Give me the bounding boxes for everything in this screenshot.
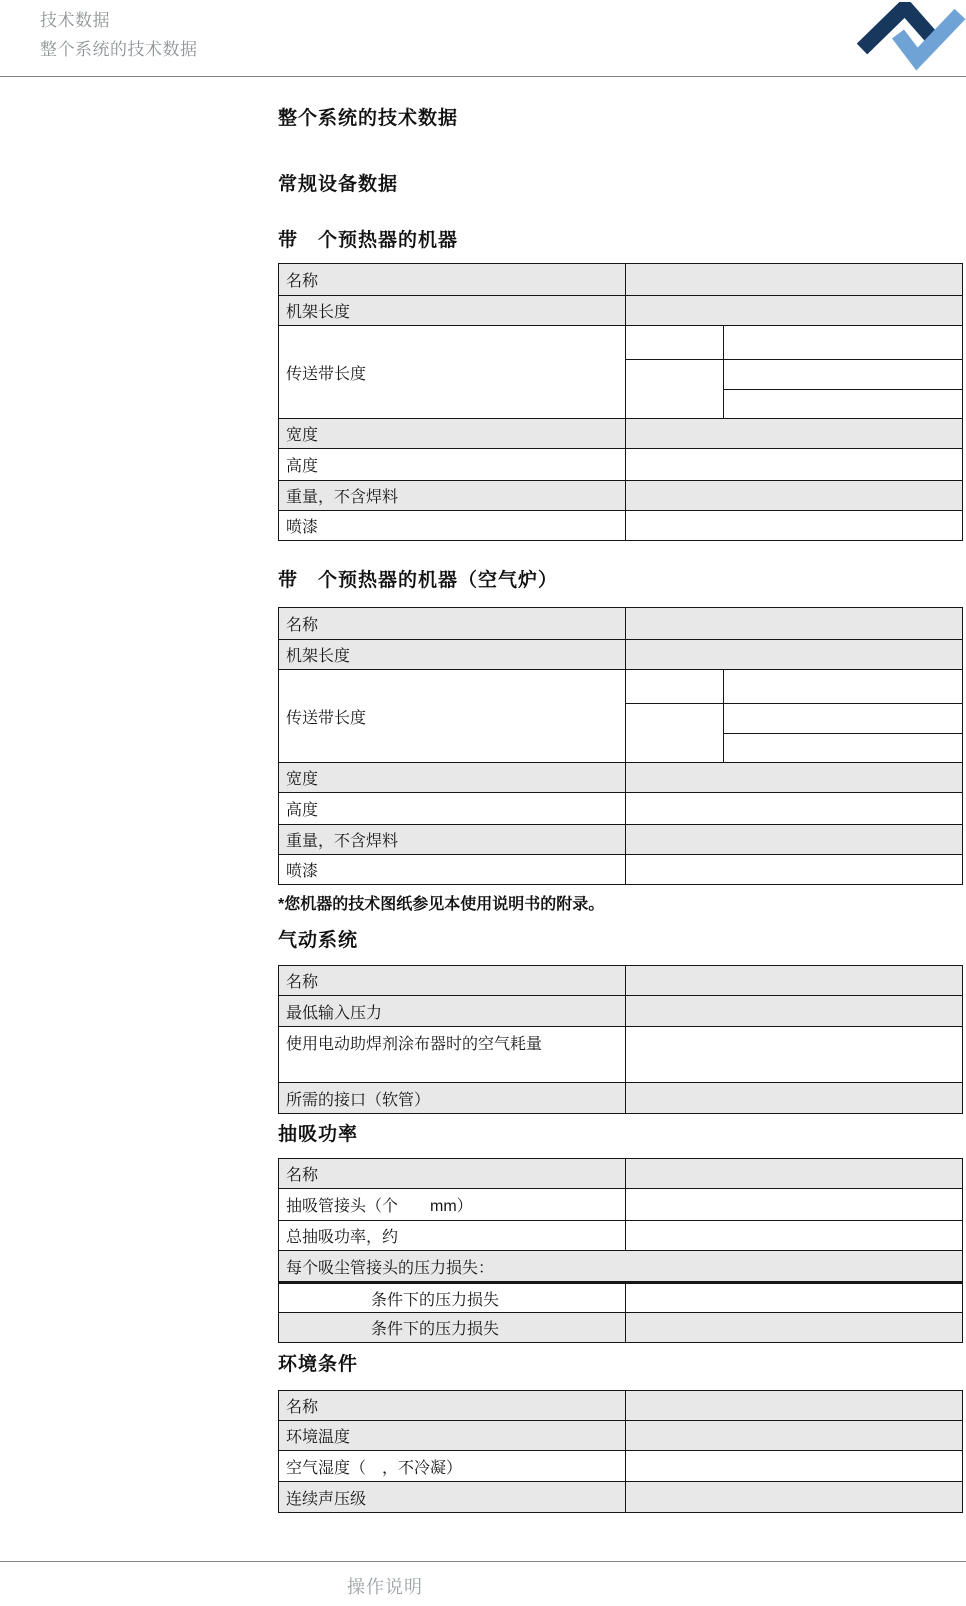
row-label-name: 名称 xyxy=(279,966,626,996)
page-title: 整个系统的技术数据 xyxy=(278,103,458,130)
table-row: 抽吸管接头（个 mm） xyxy=(279,1189,963,1221)
value-cell xyxy=(626,1159,963,1189)
row-label-pressure-loss-2: 条件下的压力损失 xyxy=(279,1313,626,1343)
heading-pneumatic: 气动系统 xyxy=(278,925,358,952)
header-divider xyxy=(0,76,966,77)
row-label-temperature: 环境温度 xyxy=(279,1421,626,1451)
table-row: 总抽吸功率，约 xyxy=(279,1221,963,1251)
value-cell xyxy=(626,1189,963,1221)
value-cell xyxy=(626,640,963,670)
table-row: 喷漆 xyxy=(279,855,963,885)
value-cell xyxy=(626,966,963,996)
table-row: 条件下的压力损失 xyxy=(279,1313,963,1343)
row-label-noise: 连续声压级 xyxy=(279,1482,626,1513)
table-row: 名称 xyxy=(279,1159,963,1189)
table-row: 空气湿度（ ，不冷凝） xyxy=(279,1451,963,1482)
row-label-name: 名称 xyxy=(279,1391,626,1421)
table-row: 名称 xyxy=(279,966,963,996)
table-row: 重量，不含焊料 xyxy=(279,481,963,511)
value-cell xyxy=(626,1283,963,1313)
value-cell xyxy=(626,419,963,449)
row-label-duct-connection: 抽吸管接头（个 mm） xyxy=(279,1189,626,1221)
value-cell xyxy=(626,1027,963,1083)
row-label-width: 宽度 xyxy=(279,763,626,793)
row-label-paint: 喷漆 xyxy=(279,511,626,541)
value-cell xyxy=(626,763,963,793)
table-row: 传送带长度 xyxy=(279,670,963,704)
value-cell xyxy=(626,704,724,763)
value-cell xyxy=(724,670,963,704)
page-header: 技术数据 整个系统的技术数据 xyxy=(40,6,198,64)
table-row: 高度 xyxy=(279,793,963,825)
table-row: 每个吸尘管接头的压力损失： xyxy=(279,1251,963,1283)
row-label-pressure-loss-1: 条件下的压力损失 xyxy=(279,1283,626,1313)
value-cell xyxy=(626,1083,963,1114)
value-cell xyxy=(724,704,963,734)
row-label-min-pressure: 最低输入压力 xyxy=(279,996,626,1027)
breadcrumb-line-2: 整个系统的技术数据 xyxy=(40,35,198,64)
table-pneumatic: 名称 最低输入压力 使用电动助焊剂涂布器时的空气耗量 所需的接口（软管） xyxy=(278,965,963,1114)
value-cell xyxy=(724,360,963,390)
row-label-height: 高度 xyxy=(279,793,626,825)
table-row: 连续声压级 xyxy=(279,1482,963,1513)
value-cell xyxy=(724,734,963,763)
row-label-humidity: 空气湿度（ ，不冷凝） xyxy=(279,1451,626,1482)
table-machine1: 名称 机架长度 传送带长度 宽度 高度 重量，不含焊料 喷漆 xyxy=(278,263,963,541)
table-row: 宽度 xyxy=(279,419,963,449)
heading-ambient: 环境条件 xyxy=(278,1349,358,1376)
row-label-height: 高度 xyxy=(279,449,626,481)
row-label-pressure-loss-header: 每个吸尘管接头的压力损失： xyxy=(279,1251,963,1283)
table-row: 喷漆 xyxy=(279,511,963,541)
breadcrumb-line-1: 技术数据 xyxy=(40,6,198,35)
table-row: 机架长度 xyxy=(279,296,963,326)
table-row: 名称 xyxy=(279,608,963,640)
value-cell xyxy=(626,1482,963,1513)
table-row: 最低输入压力 xyxy=(279,996,963,1027)
row-label-weight: 重量，不含焊料 xyxy=(279,481,626,511)
value-cell xyxy=(626,1451,963,1482)
row-label-connection: 所需的接口（软管） xyxy=(279,1083,626,1114)
value-cell xyxy=(626,264,963,296)
value-cell xyxy=(626,996,963,1027)
row-label-frame-length: 机架长度 xyxy=(279,640,626,670)
heading-extraction: 抽吸功率 xyxy=(278,1119,358,1146)
row-label-name: 名称 xyxy=(279,264,626,296)
row-label-conveyor-length: 传送带长度 xyxy=(279,670,626,763)
row-label-conveyor-length: 传送带长度 xyxy=(279,326,626,419)
value-cell xyxy=(626,608,963,640)
heading-machine2: 带 个预热器的机器（空气炉） xyxy=(278,565,558,592)
value-cell xyxy=(626,670,724,704)
table-row: 使用电动助焊剂涂布器时的空气耗量 xyxy=(279,1027,963,1083)
value-cell xyxy=(626,326,724,360)
row-label-paint: 喷漆 xyxy=(279,855,626,885)
value-cell xyxy=(626,793,963,825)
value-cell xyxy=(626,360,724,419)
value-cell xyxy=(626,511,963,541)
table-row: 所需的接口（软管） xyxy=(279,1083,963,1114)
brand-logo xyxy=(830,2,966,80)
row-label-width: 宽度 xyxy=(279,419,626,449)
table-extraction: 名称 抽吸管接头（个 mm） 总抽吸功率，约 每个吸尘管接头的压力损失： 条件下… xyxy=(278,1158,963,1343)
table-row: 重量，不含焊料 xyxy=(279,825,963,855)
value-cell xyxy=(626,1313,963,1343)
table-row: 名称 xyxy=(279,264,963,296)
table-machine2: 名称 机架长度 传送带长度 宽度 高度 重量，不含焊料 喷漆 xyxy=(278,607,963,885)
value-cell xyxy=(724,326,963,360)
row-label-air-consumption: 使用电动助焊剂涂布器时的空气耗量 xyxy=(279,1027,626,1083)
table-ambient: 名称 环境温度 空气湿度（ ，不冷凝） 连续声压级 xyxy=(278,1390,963,1513)
footer-label: 操作说明 xyxy=(347,1573,423,1599)
table-row: 高度 xyxy=(279,449,963,481)
value-cell xyxy=(626,1221,963,1251)
footer-divider xyxy=(0,1561,966,1562)
value-cell xyxy=(626,481,963,511)
heading-general-data: 常规设备数据 xyxy=(278,169,398,196)
table-row: 环境温度 xyxy=(279,1421,963,1451)
value-cell xyxy=(626,1391,963,1421)
table-row: 条件下的压力损失 xyxy=(279,1283,963,1313)
table-row: 机架长度 xyxy=(279,640,963,670)
table-row: 宽度 xyxy=(279,763,963,793)
row-label-weight: 重量，不含焊料 xyxy=(279,825,626,855)
value-cell xyxy=(724,390,963,419)
footnote-text: *您机器的技术图纸参见本使用说明书的附录。 xyxy=(278,891,604,914)
value-cell xyxy=(626,855,963,885)
value-cell xyxy=(626,449,963,481)
value-cell xyxy=(626,825,963,855)
row-label-name: 名称 xyxy=(279,608,626,640)
row-label-frame-length: 机架长度 xyxy=(279,296,626,326)
heading-machine1: 带 个预热器的机器 xyxy=(278,225,458,252)
value-cell xyxy=(626,1421,963,1451)
table-row: 名称 xyxy=(279,1391,963,1421)
row-label-name: 名称 xyxy=(279,1159,626,1189)
table-row: 传送带长度 xyxy=(279,326,963,360)
row-label-total-power: 总抽吸功率，约 xyxy=(279,1221,626,1251)
value-cell xyxy=(626,296,963,326)
